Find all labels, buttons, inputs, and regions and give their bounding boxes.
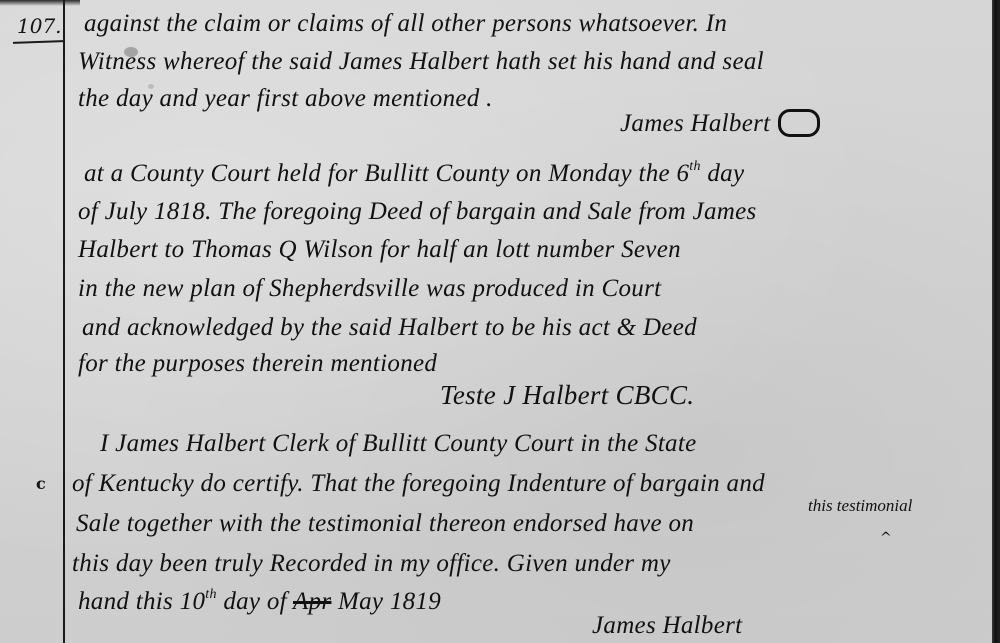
certificate-month-year: May 1819	[338, 588, 441, 615]
clerk-signature: James Halbert	[592, 612, 742, 640]
certificate-day-suffix: th	[205, 587, 217, 602]
court-line-1-text: at a County Court held for Bullitt Count…	[84, 160, 670, 187]
court-day-number: 6	[676, 160, 689, 187]
grantor-signature: James Halbert	[620, 110, 820, 139]
court-line-4: in the new plan of Shepherdsville was pr…	[78, 275, 661, 303]
court-line-1: at a County Court held for Bullitt Count…	[84, 160, 744, 188]
scan-edge-shadow	[0, 0, 80, 6]
court-line-3: Halbert to Thomas Q Wilson for half an l…	[78, 236, 681, 264]
document-page: 107. c against the claim or claims of al…	[0, 0, 1000, 643]
certificate-line-5: hand this 10th day of Apr May 1819	[78, 588, 441, 616]
court-line-2: of July 1818. The foregoing Deed of barg…	[78, 198, 757, 226]
margin-mark: c	[36, 474, 46, 493]
struck-word: Apr	[293, 588, 331, 615]
seal-icon	[778, 109, 820, 137]
certificate-line-3: Sale together with the testimonial there…	[76, 510, 694, 538]
margin-rule	[63, 0, 65, 643]
deed-line-1: against the claim or claims of all other…	[84, 10, 727, 38]
court-line-5: and acknowledged by the said Halbert to …	[82, 314, 697, 342]
certificate-date-rest: day of	[223, 588, 287, 615]
interlineation: this testimonial	[808, 496, 912, 516]
certificate-line-2: of Kentucky do certify. That the foregoi…	[72, 470, 765, 498]
entry-number: 107.	[17, 14, 62, 38]
certificate-line-5-text: hand this	[78, 588, 173, 615]
court-day-suffix: th	[689, 159, 701, 174]
certificate-line-1: I James Halbert Clerk of Bullitt County …	[100, 430, 697, 458]
entry-number-underline	[13, 40, 63, 44]
deed-line-3: the day and year first above mentioned .	[78, 85, 493, 113]
court-day-word: day	[707, 160, 744, 187]
court-line-6: for the purposes therein mentioned	[78, 350, 437, 378]
grantor-signature-text: James Halbert	[620, 110, 770, 137]
deed-line-2: Witness whereof the said James Halbert h…	[78, 48, 764, 76]
certificate-day-number: 10	[180, 588, 206, 615]
insertion-caret: ^	[880, 530, 892, 546]
page-binding-edge	[992, 0, 1000, 643]
court-attestation: Teste J Halbert CBCC.	[440, 380, 694, 411]
certificate-line-4: this day been truly Recorded in my offic…	[72, 550, 671, 578]
